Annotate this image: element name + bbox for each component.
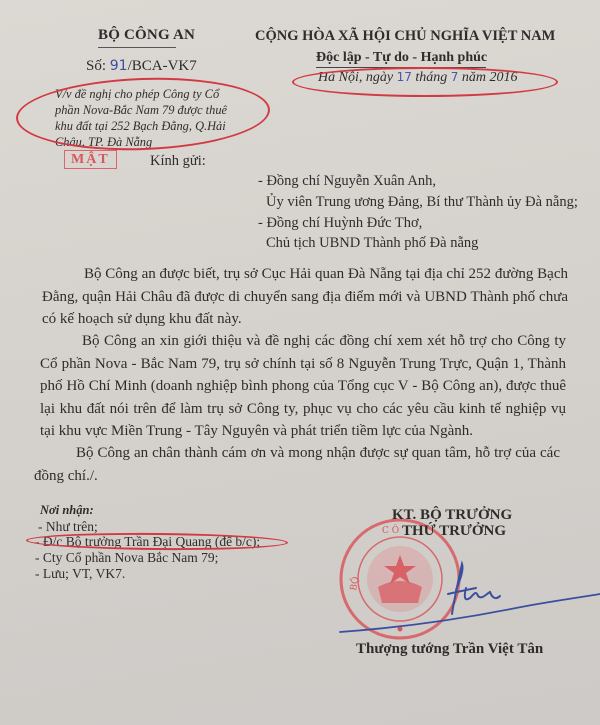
signer-name: Thượng tướng Trần Việt Tân bbox=[356, 641, 543, 658]
svg-text:C Ô: C Ô bbox=[382, 524, 399, 536]
recipient-1-name: - Đồng chí Nguyễn Xuân Anh, bbox=[258, 173, 436, 190]
handwritten-signature-icon bbox=[336, 560, 600, 640]
number-suffix: /BCA-VK7 bbox=[128, 58, 197, 74]
document-page: BỘ CÔNG AN Số: 91/BCA-VK7 V/v đề nghị ch… bbox=[0, 0, 600, 725]
national-motto: Độc lập - Tự do - Hạnh phúc bbox=[316, 50, 487, 66]
body-paragraph-3: Bộ Công an chân thành cám ơn và mong nhậ… bbox=[34, 442, 560, 487]
number-handwritten: 91 bbox=[110, 58, 128, 74]
number-prefix: Số: bbox=[86, 58, 110, 74]
recipient-2-title: Chủ tịch UBND Thành phố Đà nẵng bbox=[266, 235, 478, 252]
body-paragraph-1: Bộ Công an được biết, trụ sở Cục Hải qua… bbox=[42, 263, 568, 331]
signature-position: THỨ TRƯỞNG bbox=[402, 523, 506, 540]
document-number: Số: 91/BCA-VK7 bbox=[86, 58, 197, 75]
organization-underline bbox=[98, 47, 176, 48]
body-paragraph-2: Bộ Công an xin giới thiệu và đề nghị các… bbox=[40, 330, 566, 443]
red-annotation-ellipse-date bbox=[292, 67, 558, 97]
salutation: Kính gửi: bbox=[150, 153, 206, 170]
national-title: CỘNG HÒA XÃ HỘI CHỦ NGHĨA VIỆT NAM bbox=[255, 28, 555, 45]
issuing-organization: BỘ CÔNG AN bbox=[98, 27, 195, 44]
signature-on-behalf: KT. BỘ TRƯỞNG bbox=[392, 507, 512, 524]
recipient-1-title: Ủy viên Trung ương Đảng, Bí thư Thành ủy… bbox=[266, 194, 578, 211]
distribution-item-3: - Cty Cổ phần Nova Bắc Nam 79; bbox=[35, 550, 218, 566]
distribution-title: Nơi nhận: bbox=[40, 503, 94, 518]
distribution-item-4: - Lưu; VT, VK7. bbox=[35, 566, 125, 582]
classification-stamp: MẬT bbox=[64, 150, 117, 169]
recipient-2-name: - Đồng chí Huỳnh Đức Thơ, bbox=[258, 215, 422, 232]
distribution-item-1: - Như trên; bbox=[38, 519, 98, 535]
